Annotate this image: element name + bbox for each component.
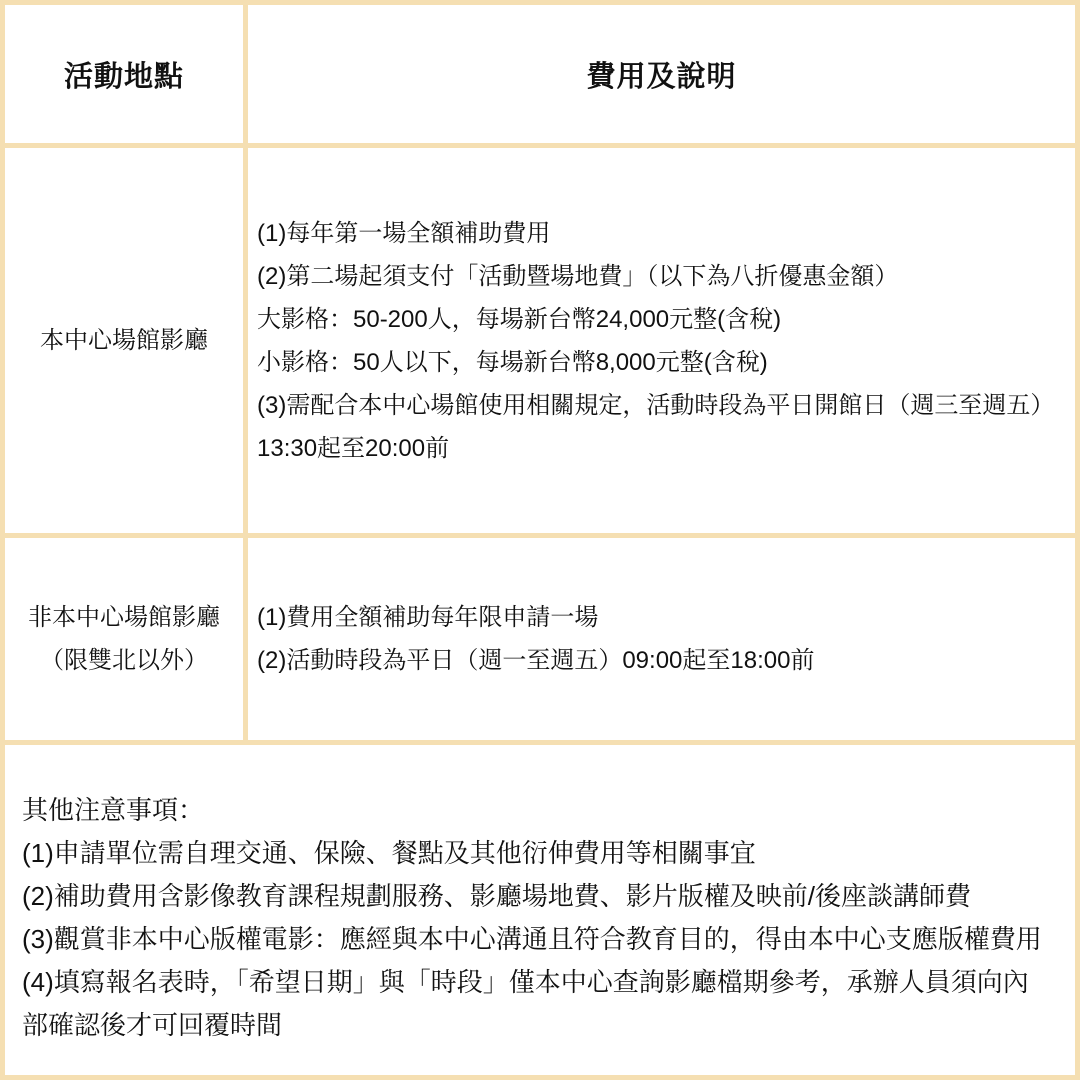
detail-line: 大影格：50-200人，每場新台幣24,000元整(含稅) bbox=[257, 298, 1059, 341]
notes-title: 其他注意事項： bbox=[22, 789, 1047, 832]
header-activity-location: 活動地點 bbox=[5, 5, 248, 148]
detail-line: (1)每年第一場全額補助費用 bbox=[257, 212, 1059, 255]
note-line: (2)補助費用含影像教育課程規劃服務、影廳場地費、影片版權及映前/後座談講師費 bbox=[22, 875, 1047, 918]
detail-line: (1)費用全額補助每年限申請一場 bbox=[257, 596, 1059, 639]
detail-line: 小影格：50人以下，每場新台幣8,000元整(含稅) bbox=[257, 341, 1059, 384]
location-line: 非本中心場館影廳 bbox=[28, 596, 220, 639]
other-notes-section: 其他注意事項： (1)申請單位需自理交通、保險、餐點及其他衍伸費用等相關事宜(2… bbox=[5, 745, 1075, 1075]
note-line: (4)填寫報名表時，「希望日期」與「時段」僅本中心查詢影廳檔期參考，承辦人員須向… bbox=[22, 961, 1047, 1047]
location-cell-center-venue: 本中心場館影廳 bbox=[5, 148, 248, 538]
location-line: （限雙北以外） bbox=[40, 639, 208, 682]
fees-details-center-venue: (1)每年第一場全額補助費用(2)第二場起須支付「活動暨場地費」（以下為八折優惠… bbox=[248, 148, 1075, 538]
location-cell-non-center-venue: 非本中心場館影廳（限雙北以外） bbox=[5, 538, 248, 745]
fees-table: 活動地點 費用及說明 本中心場館影廳 (1)每年第一場全額補助費用(2)第二場起… bbox=[0, 0, 1080, 1080]
notes-list: (1)申請單位需自理交通、保險、餐點及其他衍伸費用等相關事宜(2)補助費用含影像… bbox=[22, 832, 1047, 1047]
header-activity-location-label: 活動地點 bbox=[64, 54, 184, 95]
note-line: (3)觀賞非本中心版權電影：應經與本中心溝通且符合教育目的，得由本中心支應版權費… bbox=[22, 918, 1047, 961]
fees-details-non-center-venue: (1)費用全額補助每年限申請一場(2)活動時段為平日（週一至週五）09:00起至… bbox=[248, 538, 1075, 745]
detail-line: (3)需配合本中心場館使用相關規定，活動時段為平日開館日（週三至週五）13:30… bbox=[257, 384, 1059, 470]
note-line: (1)申請單位需自理交通、保險、餐點及其他衍伸費用等相關事宜 bbox=[22, 832, 1047, 875]
header-fees-description: 費用及說明 bbox=[248, 5, 1075, 148]
detail-line: (2)第二場起須支付「活動暨場地費」（以下為八折優惠金額） bbox=[257, 255, 1059, 298]
location-line: 本中心場館影廳 bbox=[40, 319, 208, 362]
detail-line: (2)活動時段為平日（週一至週五）09:00起至18:00前 bbox=[257, 639, 1059, 682]
header-fees-description-label: 費用及說明 bbox=[586, 54, 736, 95]
